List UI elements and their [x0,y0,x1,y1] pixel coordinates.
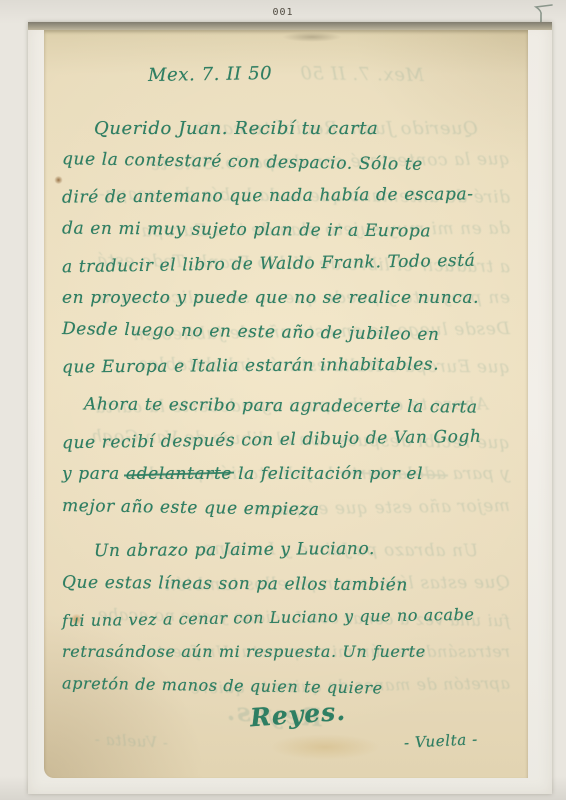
handwritten-line: diré de antemano que nada había de escap… [62,186,474,206]
handwritten-line: Querido Juan. Recibí tu carta [94,120,378,138]
handwritten-line: Ahora te escribo para agradecerte la car… [84,396,478,416]
handwritten-line: da en mi muy sujeto plan de ir a Europa [62,221,431,241]
handwritten-line: Un abrazo pa Jaime y Luciano. [94,541,375,560]
handwritten-line: Mex. 7. II 50 [148,65,273,85]
scan-page-number: 001 [0,7,566,18]
handwritten-line: en proyecto y puede que no se realice nu… [62,290,479,307]
scanned-letter-page: { "scan": { "page_label": "001", "corner… [0,0,566,800]
letter-photo: Mex. 7. II 50Querido Juan. Recibí tu car… [28,22,552,794]
handwritten-line: que Europa e Italia estarán inhabitables… [62,357,439,377]
turn-over-note: - Vuelta - [404,732,479,751]
handwritten-line: retrasándose aún mi respuesta. Un fuerte [62,644,426,660]
handwriting-layer: Mex. 7. II 50Querido Juan. Recibí tu car… [44,30,528,778]
handwritten-line: mejor año este que empieza [62,498,320,519]
handwritten-line: que recibí después con el dibujo de Van … [62,429,482,453]
handwritten-line: a traducir el libro de Waldo Frank. Todo… [62,253,476,276]
photo-top-edge-shadow [28,22,552,30]
handwritten-line: Desde luego no en este año de jubileo en [62,321,440,344]
letter-paper: Mex. 7. II 50Querido Juan. Recibí tu car… [44,30,528,778]
handwritten-line: fui una vez a cenar con Luciano y que no… [62,607,475,629]
handwritten-line: y para adelantarte la felicitación por e… [62,466,423,483]
handwritten-line: apretón de manos de quien te quiere [62,675,383,696]
handwritten-line: que la contestaré con despacio. Sólo te [62,151,423,174]
handwritten-line: Que estas líneas son pa ellos también [62,575,408,595]
strikethrough-word: adelantarte [126,464,232,484]
signature: Reyes. [249,699,346,731]
